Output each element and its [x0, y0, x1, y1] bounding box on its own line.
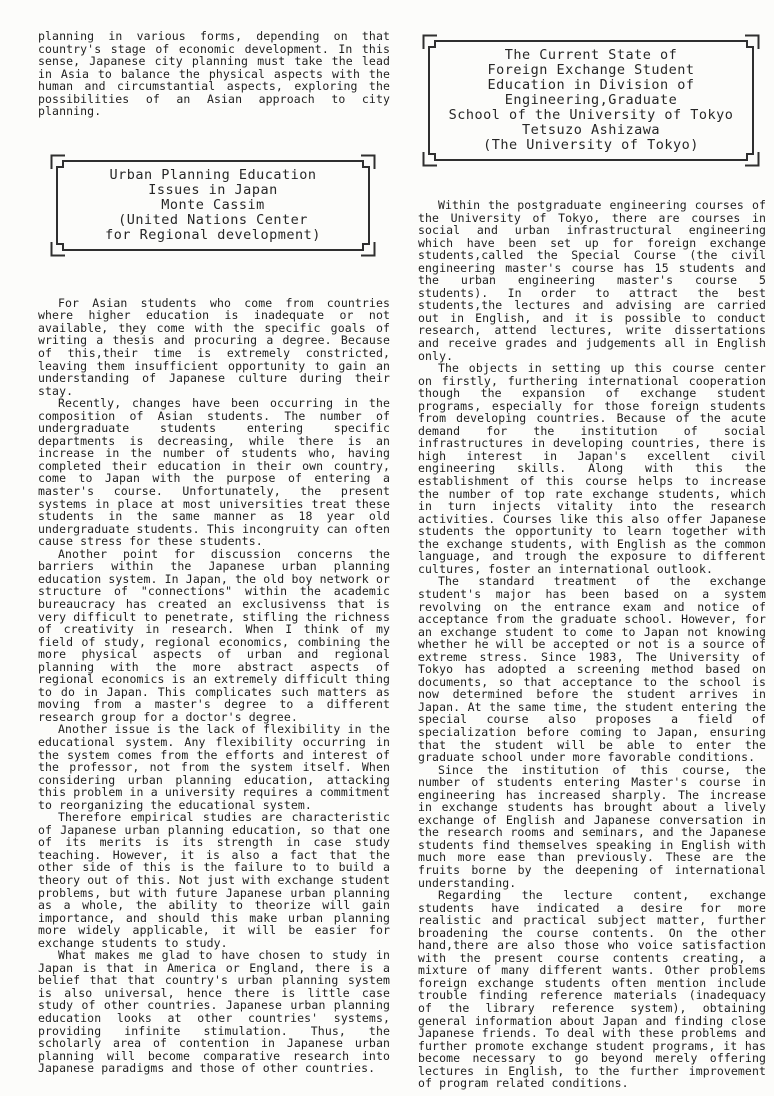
body-paragraph: For Asian students who come from countri…	[38, 297, 390, 397]
frame-corner-bracket-icon	[422, 147, 442, 167]
left-column: planning in various forms, depending on …	[38, 30, 390, 1090]
body-paragraph: Regarding the lecture content, exchange …	[418, 889, 766, 1090]
article-title-line: Foreign Exchange Student	[430, 63, 752, 78]
article-affiliation-line: (United Nations Center	[58, 213, 368, 228]
continuation-paragraph: planning in various forms, depending on …	[38, 30, 390, 118]
body-paragraph: The standard treatment of the exchange s…	[418, 575, 766, 763]
frame-corner-bracket-icon	[356, 154, 376, 174]
right-article-body: Within the postgraduate engineering cour…	[418, 199, 766, 1090]
article-title-line: School of the University of Tokyo	[430, 108, 752, 123]
two-column-layout: planning in various forms, depending on …	[0, 0, 774, 1090]
frame-edge	[56, 171, 58, 240]
body-paragraph: Another issue is the lack of flexibility…	[38, 723, 390, 811]
article-affiliation-line: (The University of Tokyo)	[430, 138, 752, 153]
article-title-line: The Current State of	[430, 48, 752, 63]
document-page: planning in various forms, depending on …	[0, 0, 774, 1096]
article-title-line: Urban Planning Education	[58, 168, 368, 183]
frame-corner-bracket-icon	[740, 34, 760, 54]
frame-edge	[439, 159, 743, 161]
body-paragraph: The objects in setting up this course ce…	[418, 362, 766, 575]
article-author-line: Monte Cassim	[58, 198, 368, 213]
frame-corner-bracket-icon	[50, 154, 70, 174]
left-article-title-box: Urban Planning Education Issues in Japan…	[50, 154, 376, 257]
article-title-line: Engineering,Graduate	[430, 93, 752, 108]
body-paragraph: Within the postgraduate engineering cour…	[418, 199, 766, 362]
frame-edge	[428, 51, 430, 150]
frame-corner-bracket-icon	[356, 237, 376, 257]
frame-edge	[368, 171, 370, 240]
body-paragraph: What makes me glad to have chosen to stu…	[38, 949, 390, 1074]
frame-corner-bracket-icon	[50, 237, 70, 257]
right-article-title-box: The Current State of Foreign Exchange St…	[422, 34, 760, 167]
right-column: The Current State of Foreign Exchange St…	[418, 30, 766, 1090]
frame-corner-bracket-icon	[422, 34, 442, 54]
frame-corner-bracket-icon	[740, 147, 760, 167]
body-paragraph: Therefore empirical studies are characte…	[38, 811, 390, 949]
frame-edge	[752, 51, 754, 150]
frame-edge	[439, 40, 743, 42]
article-affiliation-line: for Regional development)	[58, 228, 368, 243]
left-article-body: For Asian students who come from countri…	[38, 297, 390, 1075]
body-paragraph: Recently, changes have been occurring in…	[38, 397, 390, 548]
frame-edge	[67, 160, 359, 162]
frame-edge	[67, 249, 359, 251]
article-title-line: Issues in Japan	[58, 183, 368, 198]
body-paragraph: Another point for discussion concerns th…	[38, 548, 390, 724]
article-author-line: Tetsuzo Ashizawa	[430, 123, 752, 138]
body-paragraph: Since the institution of this course, th…	[418, 764, 766, 889]
article-title-line: Education in Division of	[430, 78, 752, 93]
